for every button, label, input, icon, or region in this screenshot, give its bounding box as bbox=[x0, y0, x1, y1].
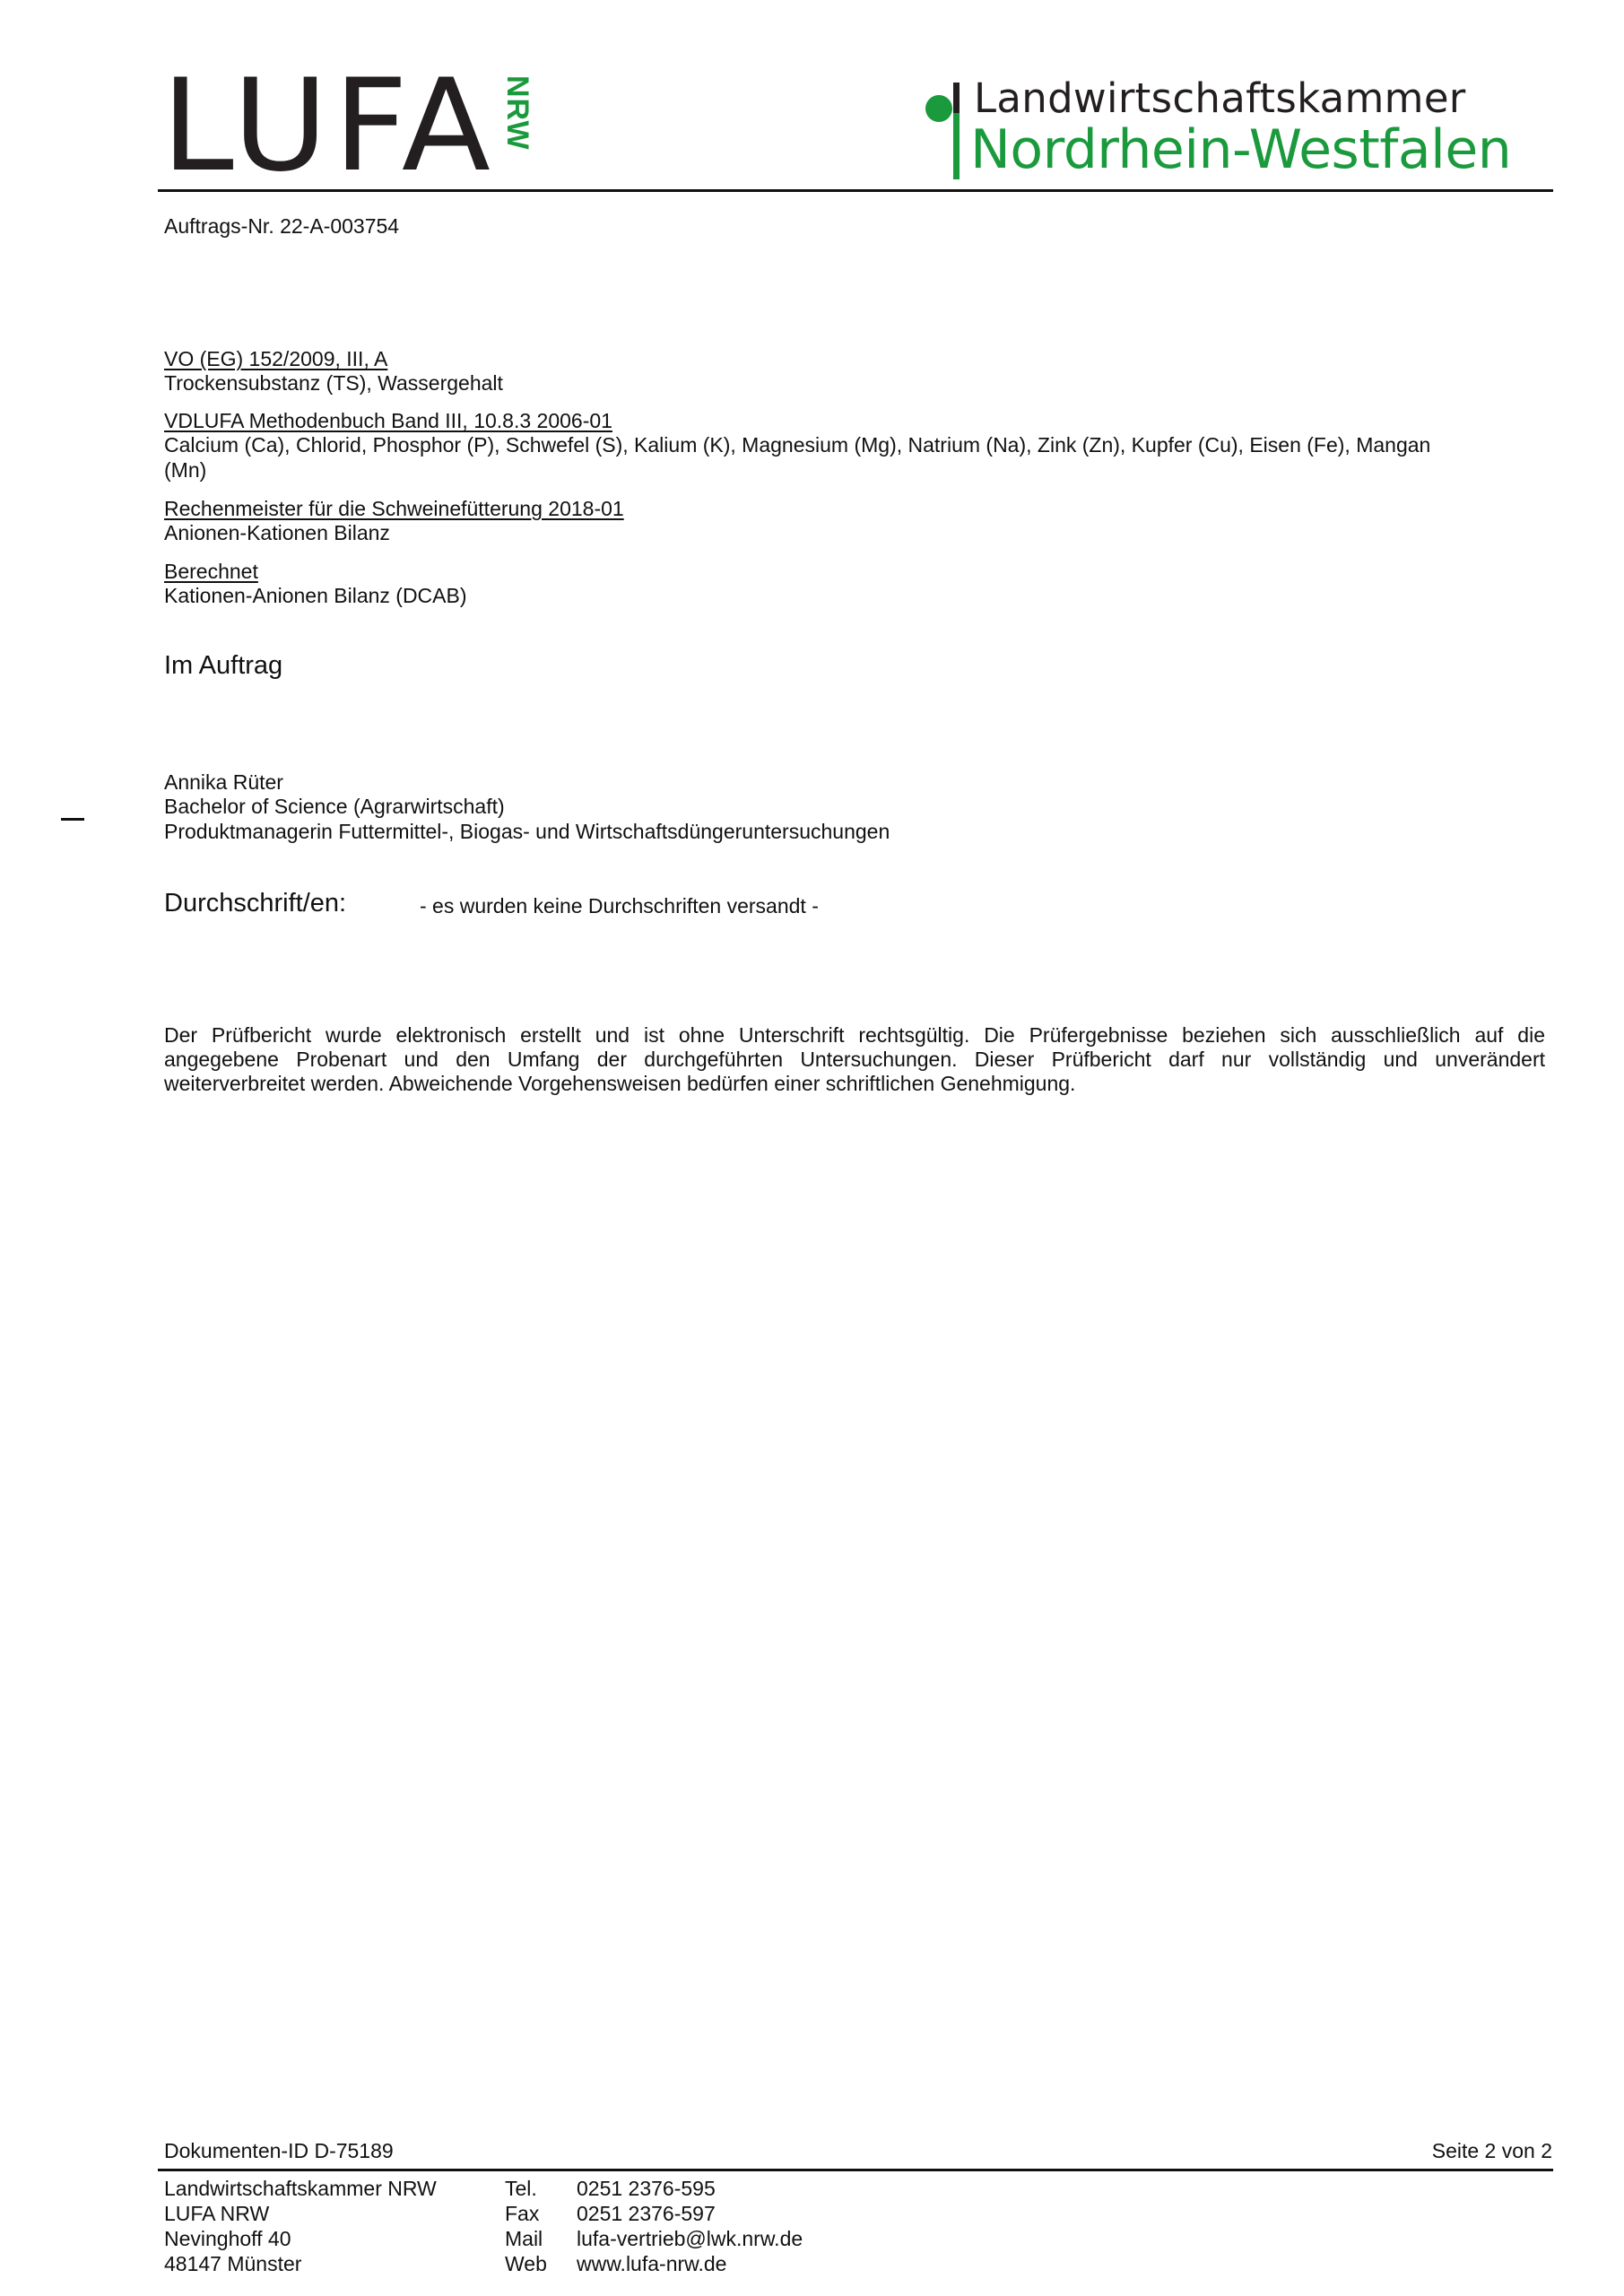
footer-contact-value: 0251 2376-597 bbox=[577, 2201, 803, 2226]
footer-contact-label: Tel. bbox=[505, 2176, 577, 2201]
footer-contact-value: 0251 2376-595 bbox=[577, 2176, 803, 2201]
method-description-1: Trockensubstanz (TS), Wassergehalt bbox=[164, 370, 503, 396]
lwk-tree-icon bbox=[924, 79, 960, 182]
order-number: Auftrags-Nr. 22-A-003754 bbox=[164, 213, 399, 239]
footer-divider bbox=[158, 2169, 1553, 2171]
copies-label: Durchschrift/en: bbox=[164, 888, 346, 918]
page-number: Seite 2 von 2 bbox=[1432, 2138, 1552, 2163]
signer-role: Produktmanagerin Futtermittel-, Biogas- … bbox=[164, 819, 890, 844]
copies-value: - es wurden keine Durchschriften versand… bbox=[420, 893, 819, 918]
method-description-3: Anionen-Kationen Bilanz bbox=[164, 520, 390, 545]
lwk-logo-line2: Nordrhein-Westfalen bbox=[970, 118, 1511, 181]
lufa-nrw-logo: LUFA NRW bbox=[161, 74, 533, 181]
document-id: Dokumenten-ID D-75189 bbox=[164, 2138, 394, 2163]
disclaimer-line-1: Der Prüfbericht wurde elektronisch erste… bbox=[164, 1023, 1545, 1048]
footer-address-line: Nevinghoff 40 bbox=[164, 2226, 505, 2251]
im-auftrag-label: Im Auftrag bbox=[164, 650, 282, 681]
method-reference-3: Rechenmeister für die Schweinefütterung … bbox=[164, 496, 624, 521]
signer-degree: Bachelor of Science (Agrarwirtschaft) bbox=[164, 794, 505, 819]
lwk-logo-line1: Landwirtschaftskammer bbox=[974, 74, 1466, 124]
footer-contact-block: Landwirtschaftskammer NRW Tel. 0251 2376… bbox=[164, 2176, 803, 2276]
footer-contact-label: Web bbox=[505, 2251, 577, 2276]
method-description-4: Kationen-Anionen Bilanz (DCAB) bbox=[164, 583, 467, 608]
footer-contact-label: Fax bbox=[505, 2201, 577, 2226]
disclaimer-line-2: angegebene Probenart und den Umfang der … bbox=[164, 1048, 1545, 1072]
header-divider bbox=[158, 189, 1553, 192]
disclaimer-line-3: weiterverbreitet werden. Abweichende Vor… bbox=[164, 1072, 1545, 1096]
landwirtschaftskammer-logo: Landwirtschaftskammer Nordrhein-Westfale… bbox=[924, 79, 1551, 182]
method-reference-1: VO (EG) 152/2009, III, A bbox=[164, 346, 387, 371]
method-reference-2: VDLUFA Methodenbuch Band III, 10.8.3 200… bbox=[164, 408, 612, 433]
method-reference-4: Berechnet bbox=[164, 559, 258, 584]
signer-name: Annika Rüter bbox=[164, 770, 283, 795]
lufa-logo-word: LUFA bbox=[161, 74, 496, 179]
method-description-2-cont: (Mn) bbox=[164, 457, 206, 483]
disclaimer: Der Prüfbericht wurde elektronisch erste… bbox=[164, 1023, 1545, 1096]
fold-mark bbox=[61, 818, 84, 821]
footer-address-line: LUFA NRW bbox=[164, 2201, 505, 2226]
footer-address-line: 48147 Münster bbox=[164, 2251, 505, 2276]
footer-contact-label: Mail bbox=[505, 2226, 577, 2251]
footer-contact-value: www.lufa-nrw.de bbox=[577, 2251, 803, 2276]
footer-address-line: Landwirtschaftskammer NRW bbox=[164, 2176, 505, 2201]
method-description-2: Calcium (Ca), Chlorid, Phosphor (P), Sch… bbox=[164, 432, 1430, 457]
footer-contact-value: lufa-vertrieb@lwk.nrw.de bbox=[577, 2226, 803, 2251]
lufa-logo-nrw: NRW bbox=[502, 75, 533, 151]
